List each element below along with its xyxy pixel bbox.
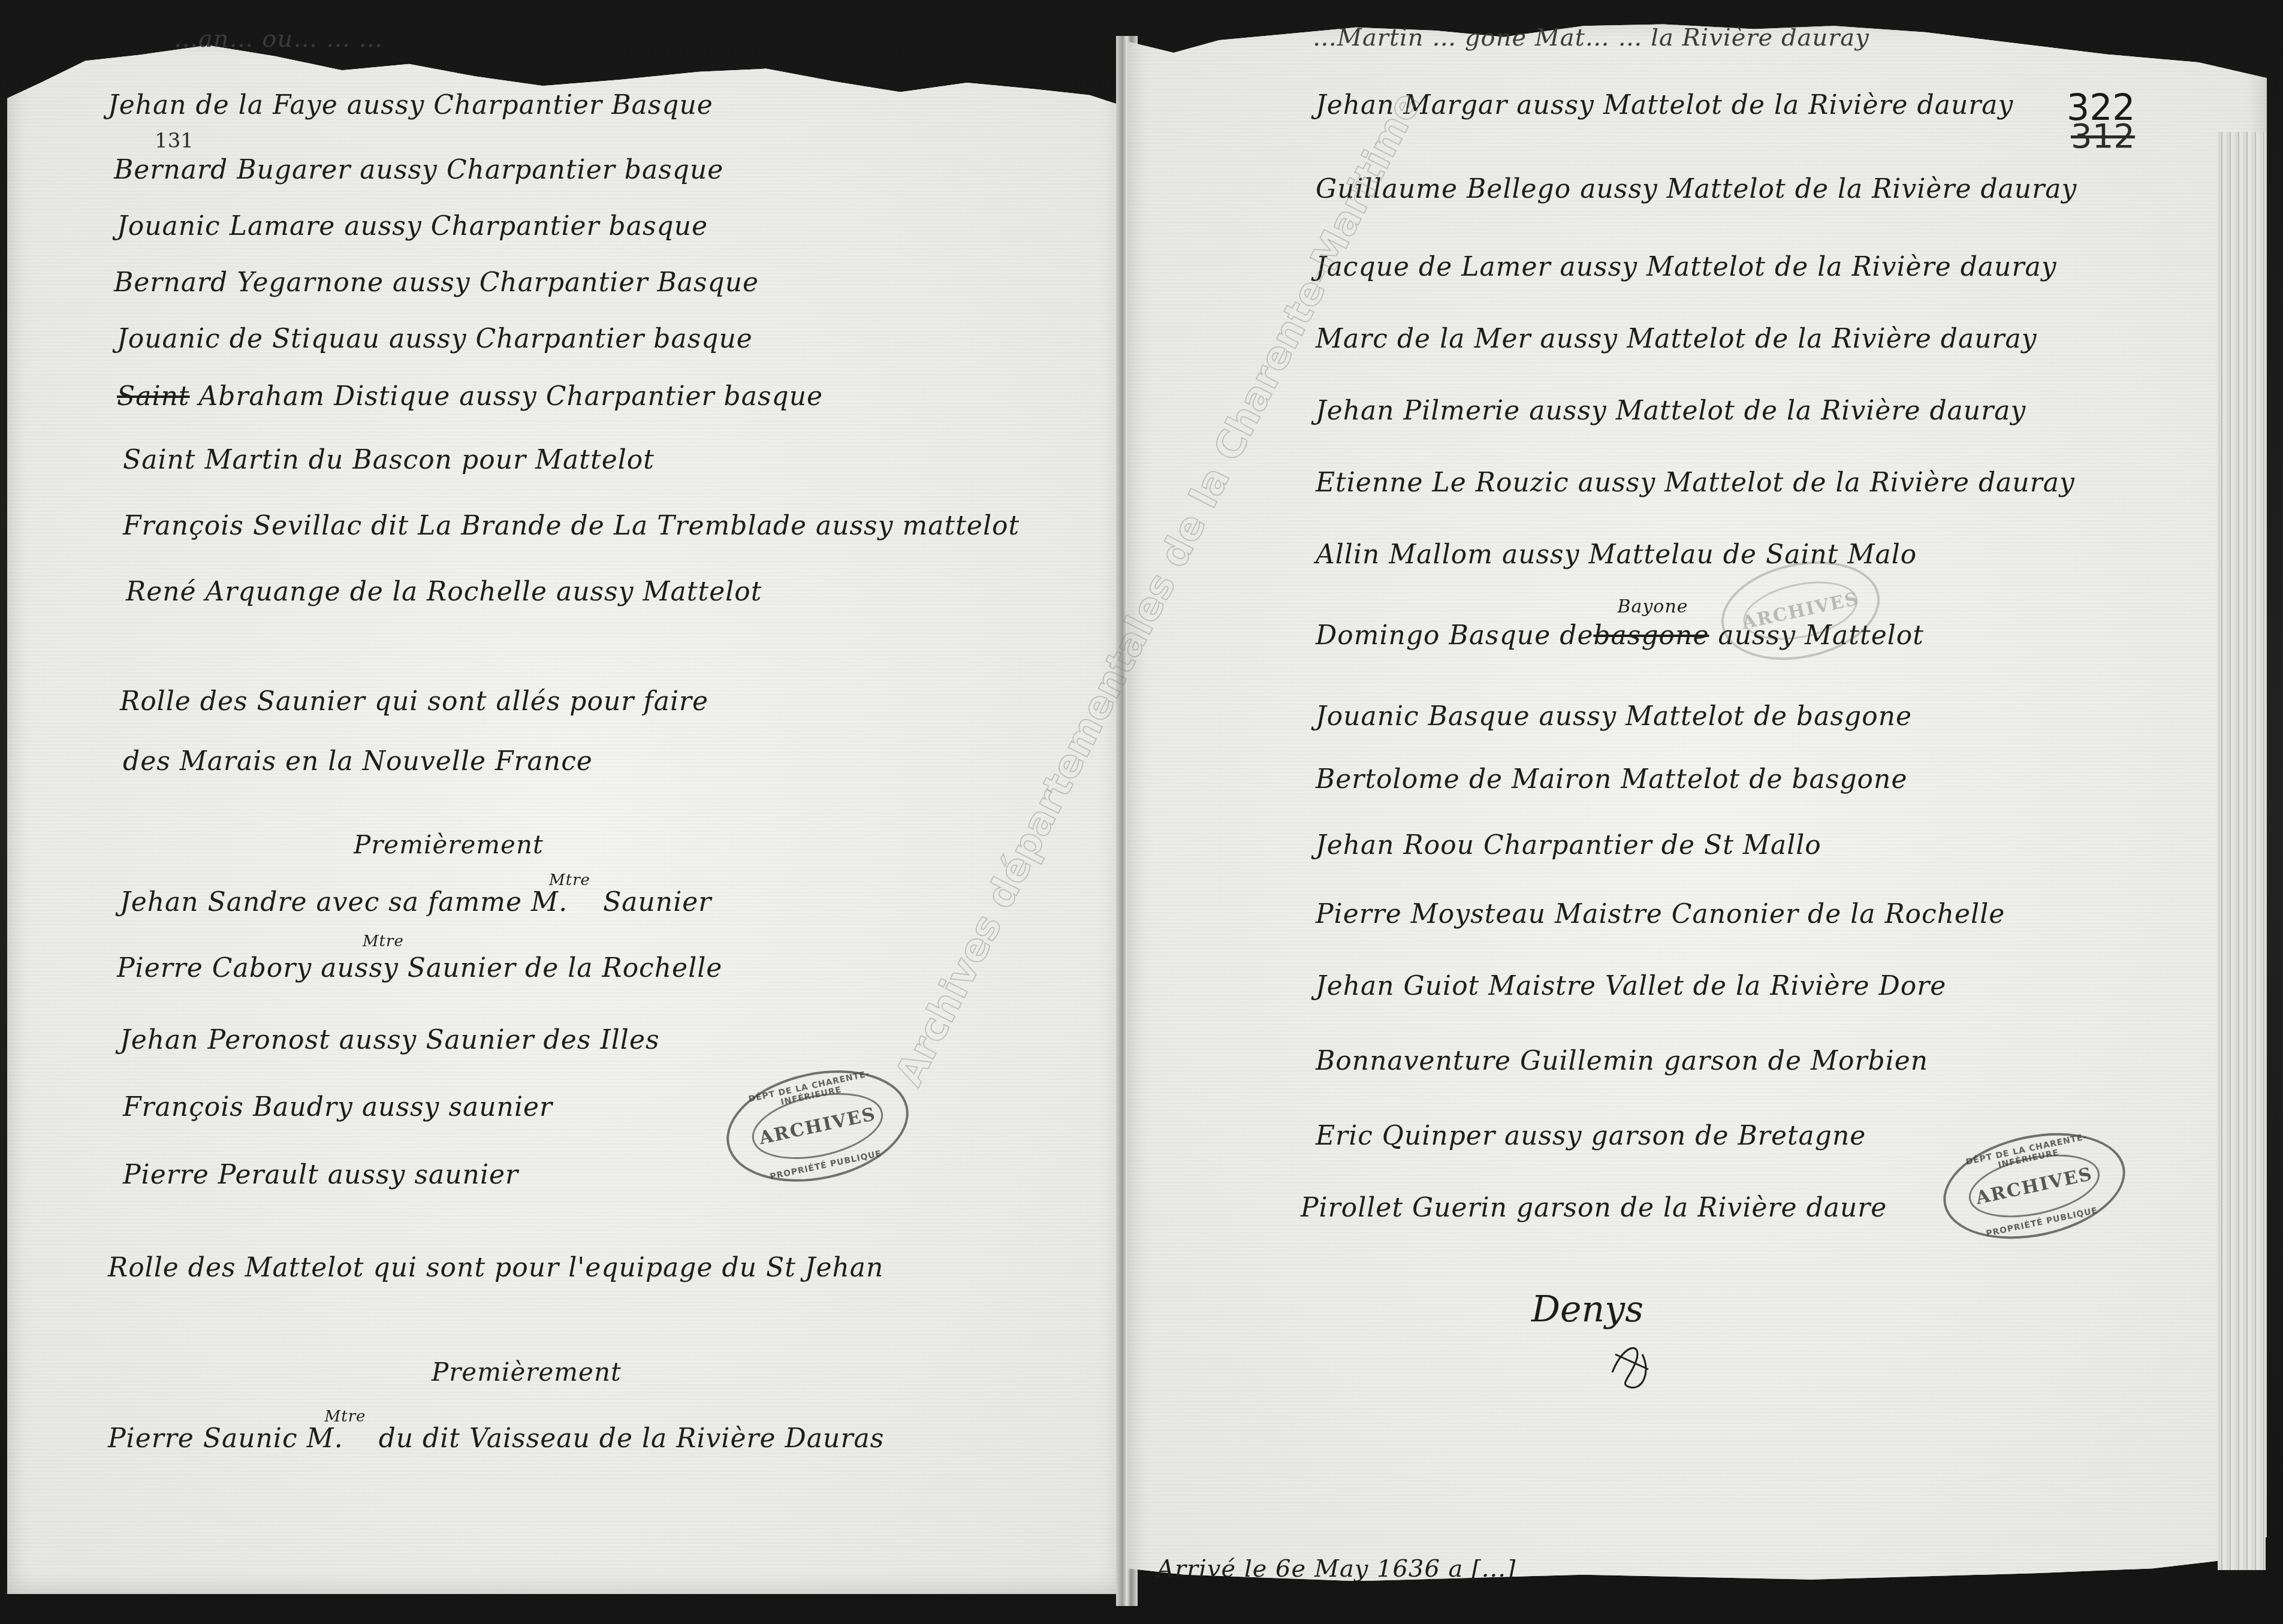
entry-name: François Sevillac dit La Brande bbox=[123, 511, 562, 541]
footer-note: Arrivé le 6e May 1636 a [...] bbox=[1157, 1555, 1516, 1583]
entry-line: François Sevillac dit La Brande de La Tr… bbox=[123, 511, 1020, 541]
entry-name: Saint Martin du Bascon bbox=[123, 445, 453, 475]
entry-role: aussy Mattelot de la Rivière dauray bbox=[1580, 174, 2077, 204]
entry-role: aussy Charpantier Basque bbox=[393, 267, 759, 298]
entry-name: Abraham Distique bbox=[198, 381, 450, 412]
folio-number-struck: 312 bbox=[2071, 117, 2135, 156]
left-top-fragment: …an… ou… … … bbox=[174, 25, 384, 53]
entry-role: de La Tremblade aussy mattelot bbox=[571, 511, 1020, 541]
master-abbreviation: Mtre bbox=[363, 932, 404, 950]
place-correction: basgoneBayone bbox=[1593, 620, 1709, 651]
master-abbreviation: M.Mtre bbox=[531, 887, 568, 917]
entry-name: Pierre Saunic bbox=[108, 1423, 298, 1454]
entry-name: Pirollet Guerin bbox=[1301, 1193, 1507, 1223]
section-title-saulniers-line-1: Rolle des Saunier qui sont allés pour fa… bbox=[120, 686, 708, 717]
entry-name: Bernard Yegarnone bbox=[114, 267, 384, 298]
entry-name: Jehan Roou bbox=[1316, 830, 1474, 861]
entry-line: Jacque de Lamer aussy Mattelot de la Riv… bbox=[1316, 252, 2057, 282]
entry-role: garson de Morbien bbox=[1664, 1046, 1928, 1076]
section-title-mattelots: Rolle des Mattelot qui sont pour l'equip… bbox=[108, 1252, 883, 1283]
entry-role: aussy Mattelot de la Rivière dauray bbox=[1529, 396, 2026, 426]
entry-name: Jehan Peronost bbox=[120, 1025, 330, 1055]
entry-line: Jehan de la Faye aussy Charpantier Basqu… bbox=[108, 90, 713, 120]
entry-role: aussy Charpantier Basque bbox=[347, 90, 713, 120]
entry-name: Marc de la Mer bbox=[1316, 324, 1531, 354]
entry-role: avec sa famme bbox=[316, 887, 523, 917]
entry-role: aussy Mattelot de basgone bbox=[1539, 701, 1912, 732]
entry-role: aussy Charpantier basque bbox=[389, 324, 753, 354]
entry-role: aussy Mattelau de Saint Malo bbox=[1502, 539, 1917, 570]
entry-role: aussy Saunier de la Rochelle bbox=[321, 953, 722, 983]
entry-role: aussy Mattelot de la Rivière dauray bbox=[1560, 252, 2056, 282]
entry-line: Bertolome de Mairon Mattelot de basgone bbox=[1316, 764, 1907, 795]
entry-line: Bernard Yegarnone aussy Charpantier Basq… bbox=[114, 267, 759, 298]
entry-name: Jehan Pilmerie bbox=[1316, 396, 1520, 426]
entry-name: Pierre Moysteau bbox=[1316, 899, 1546, 929]
entry-role: aussy saunier bbox=[328, 1160, 518, 1190]
entry-line: Jouanic Basque aussy Mattelot de basgone bbox=[1316, 701, 1912, 732]
entry-name: Jouanic de Stiquau bbox=[117, 324, 380, 354]
entry-line: Eric Quinper aussy garson de Bretagne bbox=[1316, 1121, 1866, 1151]
entry-name: Bertolome de Mairon bbox=[1316, 764, 1612, 795]
entry-name: Etienne Le Rouzic bbox=[1316, 467, 1569, 498]
page-edge-stack bbox=[2218, 132, 2266, 1570]
entry-role: garson de la Rivière daure bbox=[1516, 1193, 1887, 1223]
entry-line: Bernard Bugarer aussy Charpantier basque bbox=[114, 155, 723, 185]
entry-line: Jehan Guiot Maistre Vallet de la Rivière… bbox=[1316, 971, 1946, 1001]
entry-line: Pirollet Guerin garson de la Rivière dau… bbox=[1301, 1193, 1887, 1223]
entry-name: Domingo Basque bbox=[1316, 620, 1551, 651]
section-subheading: Premièrement bbox=[432, 1357, 622, 1387]
entry-name: René Arquange bbox=[126, 576, 341, 607]
struck-prefix: Saint bbox=[117, 381, 189, 412]
master-abbreviation: M.Mtre bbox=[307, 1423, 343, 1454]
entry-name: Allin Mallom bbox=[1316, 539, 1493, 570]
entry-line: Jehan Roou Charpantier de St Mallo bbox=[1316, 830, 1821, 861]
section-title-saulniers-line-2: des Marais en la Nouvelle France bbox=[123, 746, 593, 777]
left-margin-mark: 131 bbox=[155, 129, 194, 153]
entry-name: Jouanic Basque bbox=[1316, 701, 1530, 732]
entry-role: Mattelot de basgone bbox=[1621, 764, 1907, 795]
entry-role: Maistre Canonier de la Rochelle bbox=[1555, 899, 2005, 929]
entry-line: Pierre Cabory Mtre aussy Saunier de la R… bbox=[117, 953, 722, 983]
entry-role: aussy Mattelot de la Rivière dauray bbox=[1540, 324, 2037, 354]
entry-role: aussy garson de Bretagne bbox=[1504, 1121, 1866, 1151]
entry-name: Pierre Cabory bbox=[117, 953, 312, 983]
entry-role: du dit Vaisseau de la Rivière Dauras bbox=[379, 1423, 885, 1454]
signature-paraph-icon bbox=[1606, 1336, 1654, 1390]
entry-role-tail: Saunier bbox=[603, 887, 711, 917]
stamp-center: ARCHIVES bbox=[1738, 572, 1863, 649]
entry-line: Jehan Peronost aussy Saunier des Illes bbox=[120, 1025, 660, 1055]
entry-name: Bonnaventure Guillemin bbox=[1316, 1046, 1655, 1076]
entry-line: Marc de la Mer aussy Mattelot de la Rivi… bbox=[1316, 324, 2037, 354]
entry-role: aussy saunier bbox=[362, 1092, 553, 1122]
entry-name: Jouanic Lamare bbox=[117, 211, 335, 242]
entry-role: Maistre Vallet de la Rivière Dore bbox=[1488, 971, 1946, 1001]
entry-line: François Baudry aussy saunier bbox=[123, 1092, 553, 1122]
entry-line: Saint Abraham Distique aussy Charpantier… bbox=[117, 381, 823, 412]
entry-role: aussy Charpantier basque bbox=[459, 381, 823, 412]
entry-line: Jehan Sandre avec sa famme M.Mtre Saunie… bbox=[120, 887, 711, 917]
entry-role: aussy Mattelot de la Rivière dauray bbox=[1516, 90, 2013, 120]
signature: Denys bbox=[1531, 1288, 1643, 1330]
entry-line: Jouanic de Stiquau aussy Charpantier bas… bbox=[117, 324, 753, 354]
entry-name: Bernard Bugarer bbox=[114, 155, 351, 185]
entry-name: Jehan Guiot bbox=[1316, 971, 1479, 1001]
entry-role: Charpantier de St Mallo bbox=[1483, 830, 1821, 861]
entry-role: aussy Saunier des Illes bbox=[339, 1025, 660, 1055]
section-subheading: Premièrement bbox=[354, 830, 544, 859]
entry-role: de la Rochelle aussy Mattelot bbox=[350, 576, 762, 607]
entry-line: Etienne Le Rouzic aussy Mattelot de la R… bbox=[1316, 467, 2075, 498]
entry-line: Guillaume Bellego aussy Mattelot de la R… bbox=[1316, 174, 2077, 204]
entry-line: Bonnaventure Guillemin garson de Morbien bbox=[1316, 1046, 1928, 1076]
inserted-word: Bayone bbox=[1617, 596, 1688, 617]
entry-name: Pierre Perault bbox=[123, 1160, 319, 1190]
entry-role-prefix: de bbox=[1560, 620, 1593, 651]
entry-name: François Baudry bbox=[123, 1092, 353, 1122]
entry-line: Pierre Moysteau Maistre Canonier de la R… bbox=[1316, 899, 2005, 929]
entry-line: Jehan Pilmerie aussy Mattelot de la Rivi… bbox=[1316, 396, 2026, 426]
entry-name: Jehan de la Faye bbox=[108, 90, 338, 120]
entry-role: aussy Charpantier basque bbox=[344, 211, 708, 242]
entry-role: pour Mattelot bbox=[462, 445, 655, 475]
struck-word: basgone bbox=[1593, 620, 1709, 651]
entry-role: aussy Mattelot de la Rivière dauray bbox=[1578, 467, 2075, 498]
entry-line: René Arquange de la Rochelle aussy Matte… bbox=[126, 576, 762, 607]
entry-name: Jehan Sandre bbox=[120, 887, 307, 917]
entry-name: Eric Quinper bbox=[1316, 1121, 1495, 1151]
entry-line: Saint Martin du Bascon pour Mattelot bbox=[123, 445, 655, 475]
entry-role: aussy Charpantier basque bbox=[360, 155, 723, 185]
entry-line: Jouanic Lamare aussy Charpantier basque bbox=[117, 211, 708, 242]
right-top-fragment: …Martin … gone Mat… … la Rivière dauray bbox=[1313, 24, 1869, 52]
entry-line: Pierre Saunic M.Mtre du dit Vaisseau de … bbox=[108, 1423, 884, 1454]
entry-line: Pierre Perault aussy saunier bbox=[123, 1160, 518, 1190]
